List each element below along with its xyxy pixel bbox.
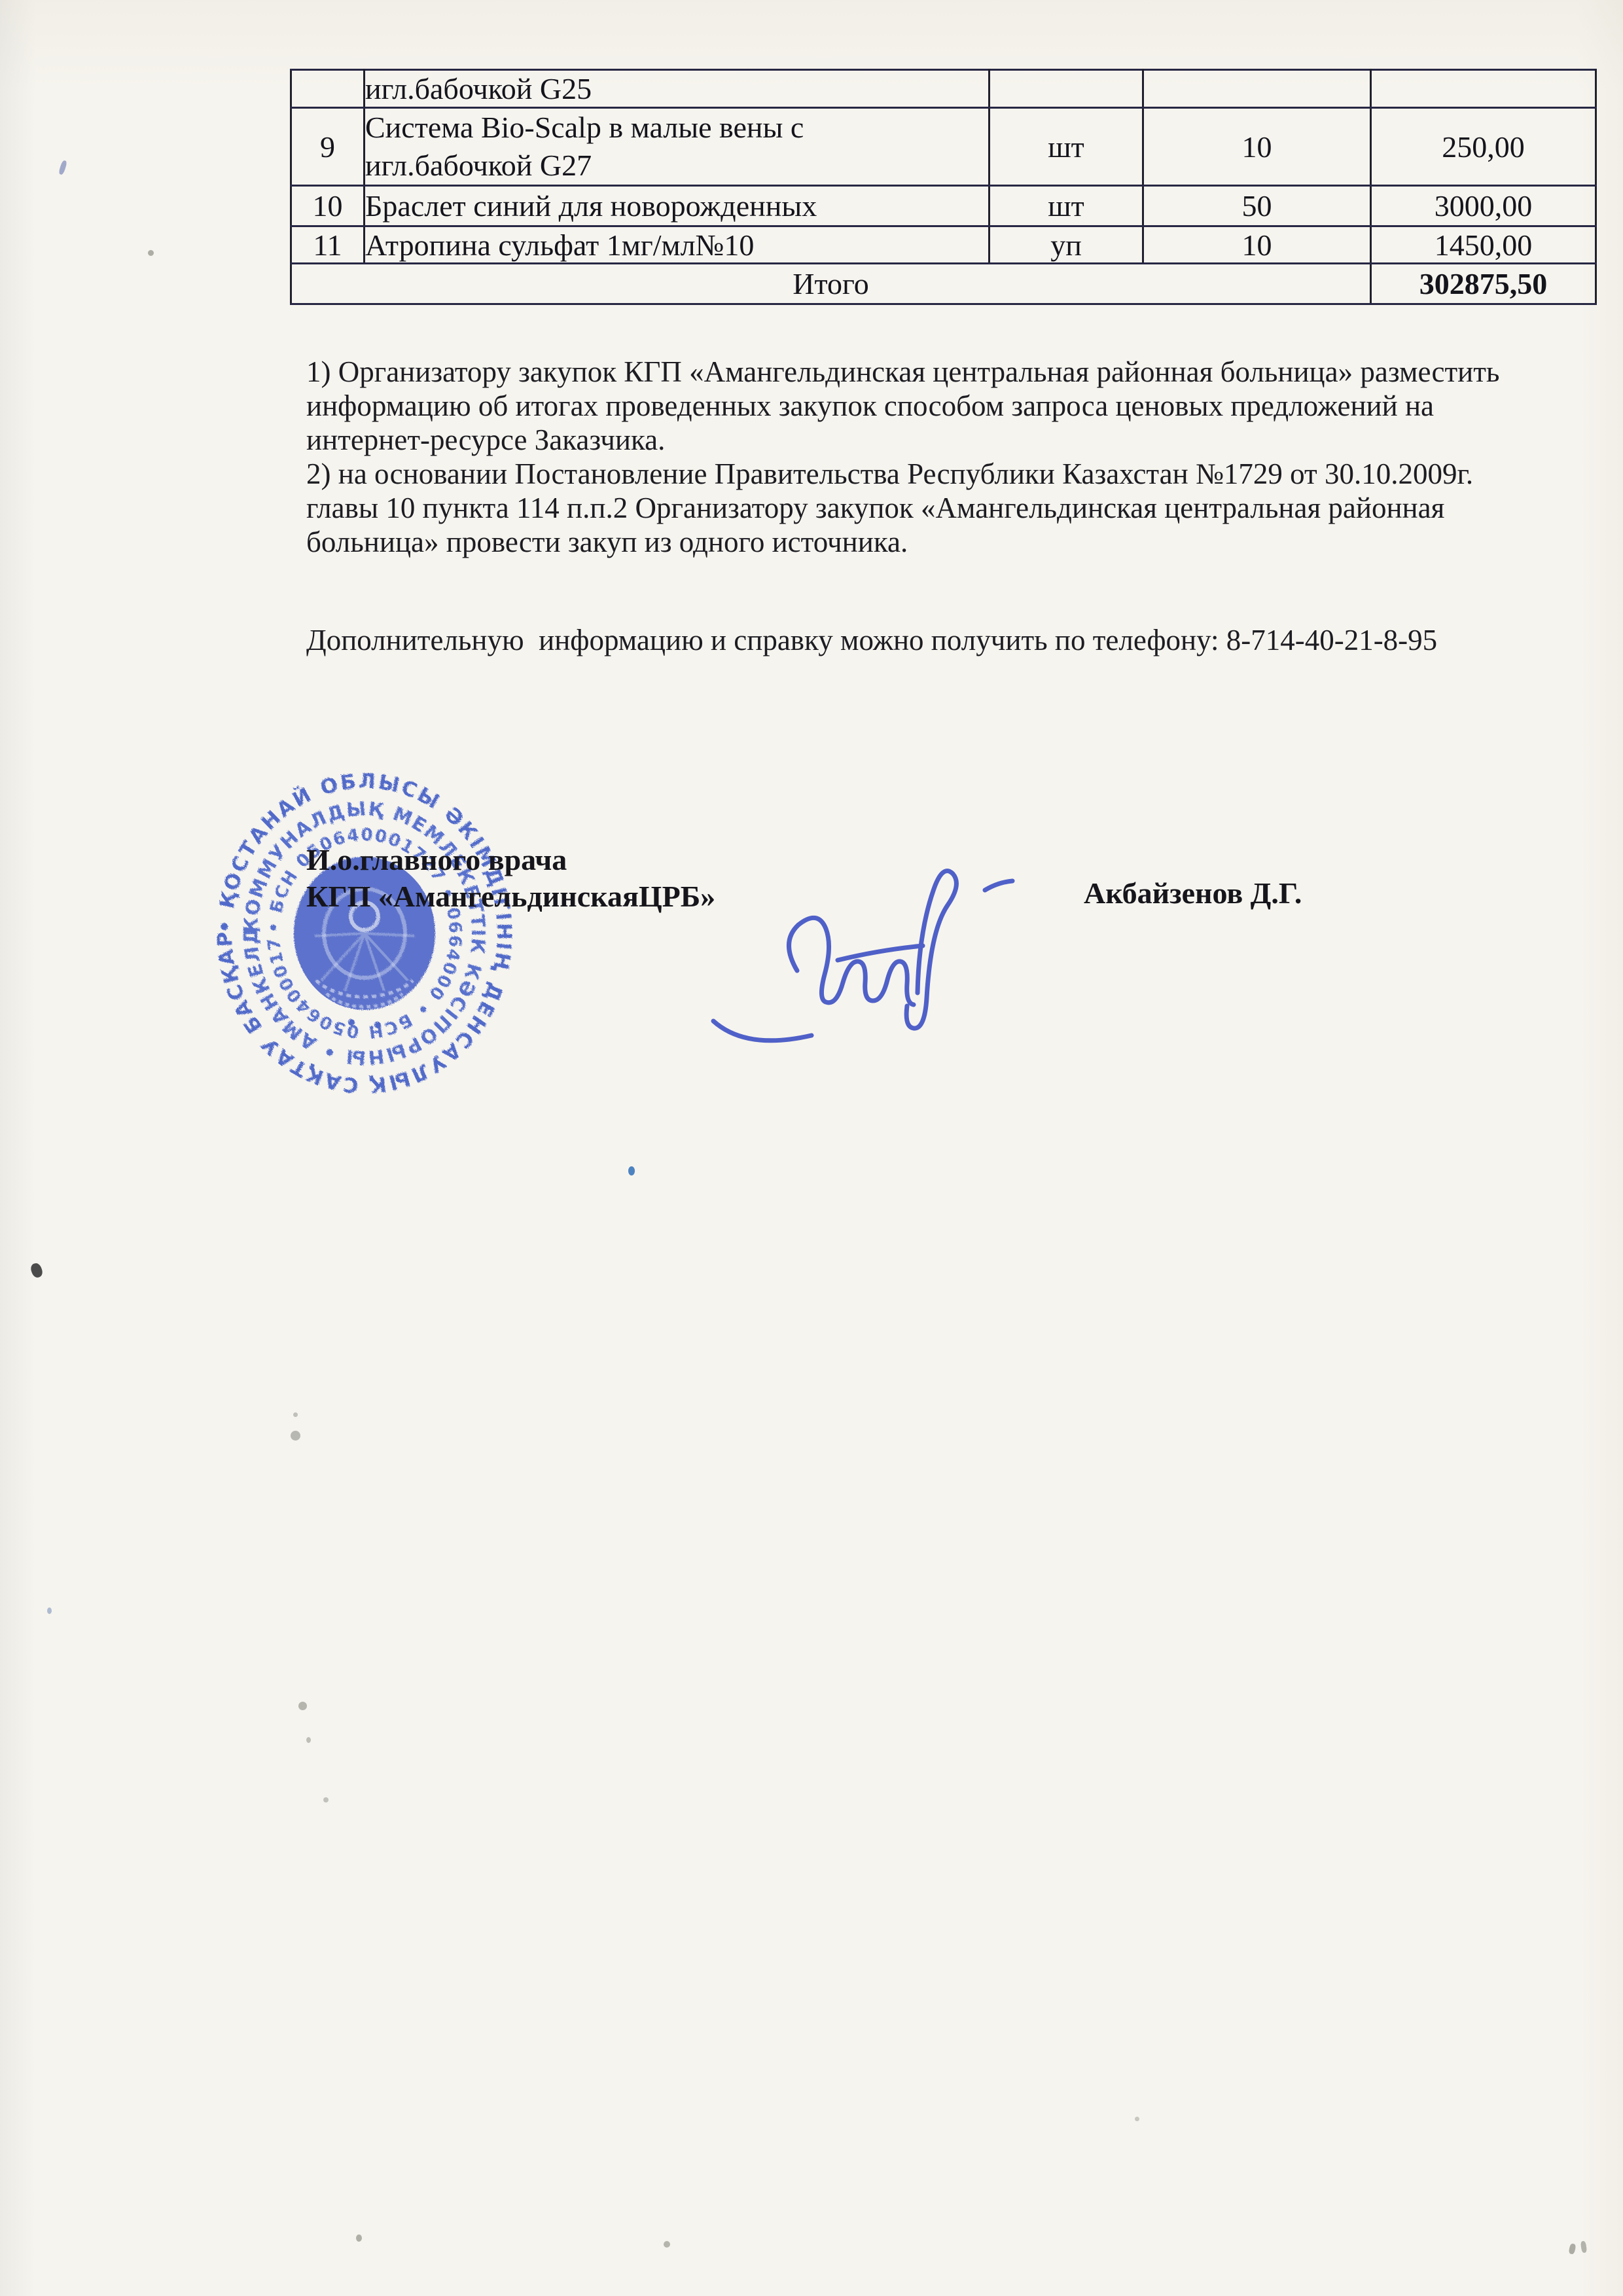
cell-description: игл.бабочкой G25 <box>365 70 990 108</box>
signature-underline-stroke <box>713 1021 811 1041</box>
cell-price: 250,00 <box>1371 108 1596 186</box>
scan-speck <box>1135 2117 1139 2121</box>
scan-speck <box>306 1737 311 1743</box>
table-row-total: Итого 302875,50 <box>291 264 1596 304</box>
signoff-title-line: КГП «АмангельдинскаяЦРБ» <box>306 878 715 915</box>
cell-price: 1450,00 <box>1371 226 1596 264</box>
official-round-stamp: • ҚОСТАНАЙ ОБЛЫСЫ ӘКІМДІГІНІҢ ДЕНСАУЛЫҚ … <box>217 772 512 1094</box>
description-line: Браслет синий для новорожденных <box>365 188 988 223</box>
scan-speck <box>298 1702 307 1710</box>
description-line: игл.бабочкой G27 <box>365 147 988 185</box>
signoff-title-line: И.о.главного врача <box>306 842 715 878</box>
table-row-9: 9 Система Bio-Scalp в малые вены с игл.б… <box>291 108 1596 186</box>
scan-speck <box>293 1412 298 1417</box>
cell-description: Браслет синий для новорожденных <box>365 186 990 226</box>
cell-unit: уп <box>990 226 1143 264</box>
scanned-document-page: игл.бабочкой G25 9 Система Bio-Scalp в м… <box>0 0 1623 2296</box>
stamp-dot <box>348 1019 355 1026</box>
scan-speck <box>1580 2241 1587 2253</box>
signature-stroke <box>838 946 923 960</box>
total-label: Итого <box>291 264 1371 304</box>
cell-description: Атропина сульфат 1мг/мл№10 <box>365 226 990 264</box>
handwritten-signature <box>687 821 1041 1064</box>
scan-speck <box>29 1262 45 1279</box>
description-line: Атропина сульфат 1мг/мл№10 <box>365 228 988 262</box>
stamp-dot <box>374 1022 381 1028</box>
paragraph-1-line: информацию об итогах проведенных закупок… <box>306 389 1499 423</box>
scan-speck <box>291 1431 300 1441</box>
cell-price <box>1371 70 1596 108</box>
cell-unit <box>990 70 1143 108</box>
scan-speck <box>664 2241 670 2248</box>
table-row-11: 11 Атропина сульфат 1мг/мл№10 уп 10 1450… <box>291 226 1596 264</box>
scan-speck <box>148 250 154 256</box>
items-table: игл.бабочкой G25 9 Система Bio-Scalp в м… <box>290 69 1597 305</box>
table-row-10: 10 Браслет синий для новорожденных шт 50… <box>291 186 1596 226</box>
cell-price: 3000,00 <box>1371 186 1596 226</box>
paragraph-1-line: интернет-ресурсе Заказчика. <box>306 423 1499 457</box>
cell-unit: шт <box>990 186 1143 226</box>
signoff-name: Акбайзенов Д.Г. <box>1084 876 1302 910</box>
contact-phone-line: Дополнительную информацию и справку можн… <box>306 623 1437 657</box>
cell-quantity: 50 <box>1143 186 1371 226</box>
cell-number <box>291 70 365 108</box>
paragraph-1-line: 1) Организатору закупок КГП «Амангельдин… <box>306 355 1499 389</box>
table-row-8-continuation: игл.бабочкой G25 <box>291 70 1596 108</box>
paragraph-2-line: больница» провести закуп из одного источ… <box>306 525 1499 559</box>
decision-paragraphs: 1) Организатору закупок КГП «Амангельдин… <box>306 355 1499 559</box>
stamp-ink-group: • ҚОСТАНАЙ ОБЛЫСЫ ӘКІМДІГІНІҢ ДЕНСАУЛЫҚ … <box>217 772 512 1094</box>
cell-number: 10 <box>291 186 365 226</box>
scan-speck <box>356 2234 362 2242</box>
signature-dash-stroke <box>985 881 1012 890</box>
signature-stroke <box>789 918 914 1005</box>
scan-speck <box>628 1166 635 1175</box>
scan-speck <box>1568 2243 1576 2255</box>
scan-speck <box>323 1797 329 1803</box>
scan-speck <box>58 160 67 175</box>
paragraph-2-line: 2) на основании Постановление Правительс… <box>306 457 1499 491</box>
cell-unit: шт <box>990 108 1143 186</box>
cell-description: Система Bio-Scalp в малые вены с игл.баб… <box>365 108 990 186</box>
cell-quantity: 10 <box>1143 108 1371 186</box>
scan-speck <box>47 1607 52 1614</box>
description-line: игл.бабочкой G25 <box>365 71 988 106</box>
paragraph-2-line: главы 10 пункта 114 п.п.2 Организатору з… <box>306 491 1499 525</box>
cell-number: 9 <box>291 108 365 186</box>
cell-quantity <box>1143 70 1371 108</box>
total-value: 302875,50 <box>1371 264 1596 304</box>
cell-number: 11 <box>291 226 365 264</box>
signoff-title: И.о.главного врача КГП «АмангельдинскаяЦ… <box>306 842 715 915</box>
cell-quantity: 10 <box>1143 226 1371 264</box>
description-line: Система Bio-Scalp в малые вены с <box>365 109 988 147</box>
